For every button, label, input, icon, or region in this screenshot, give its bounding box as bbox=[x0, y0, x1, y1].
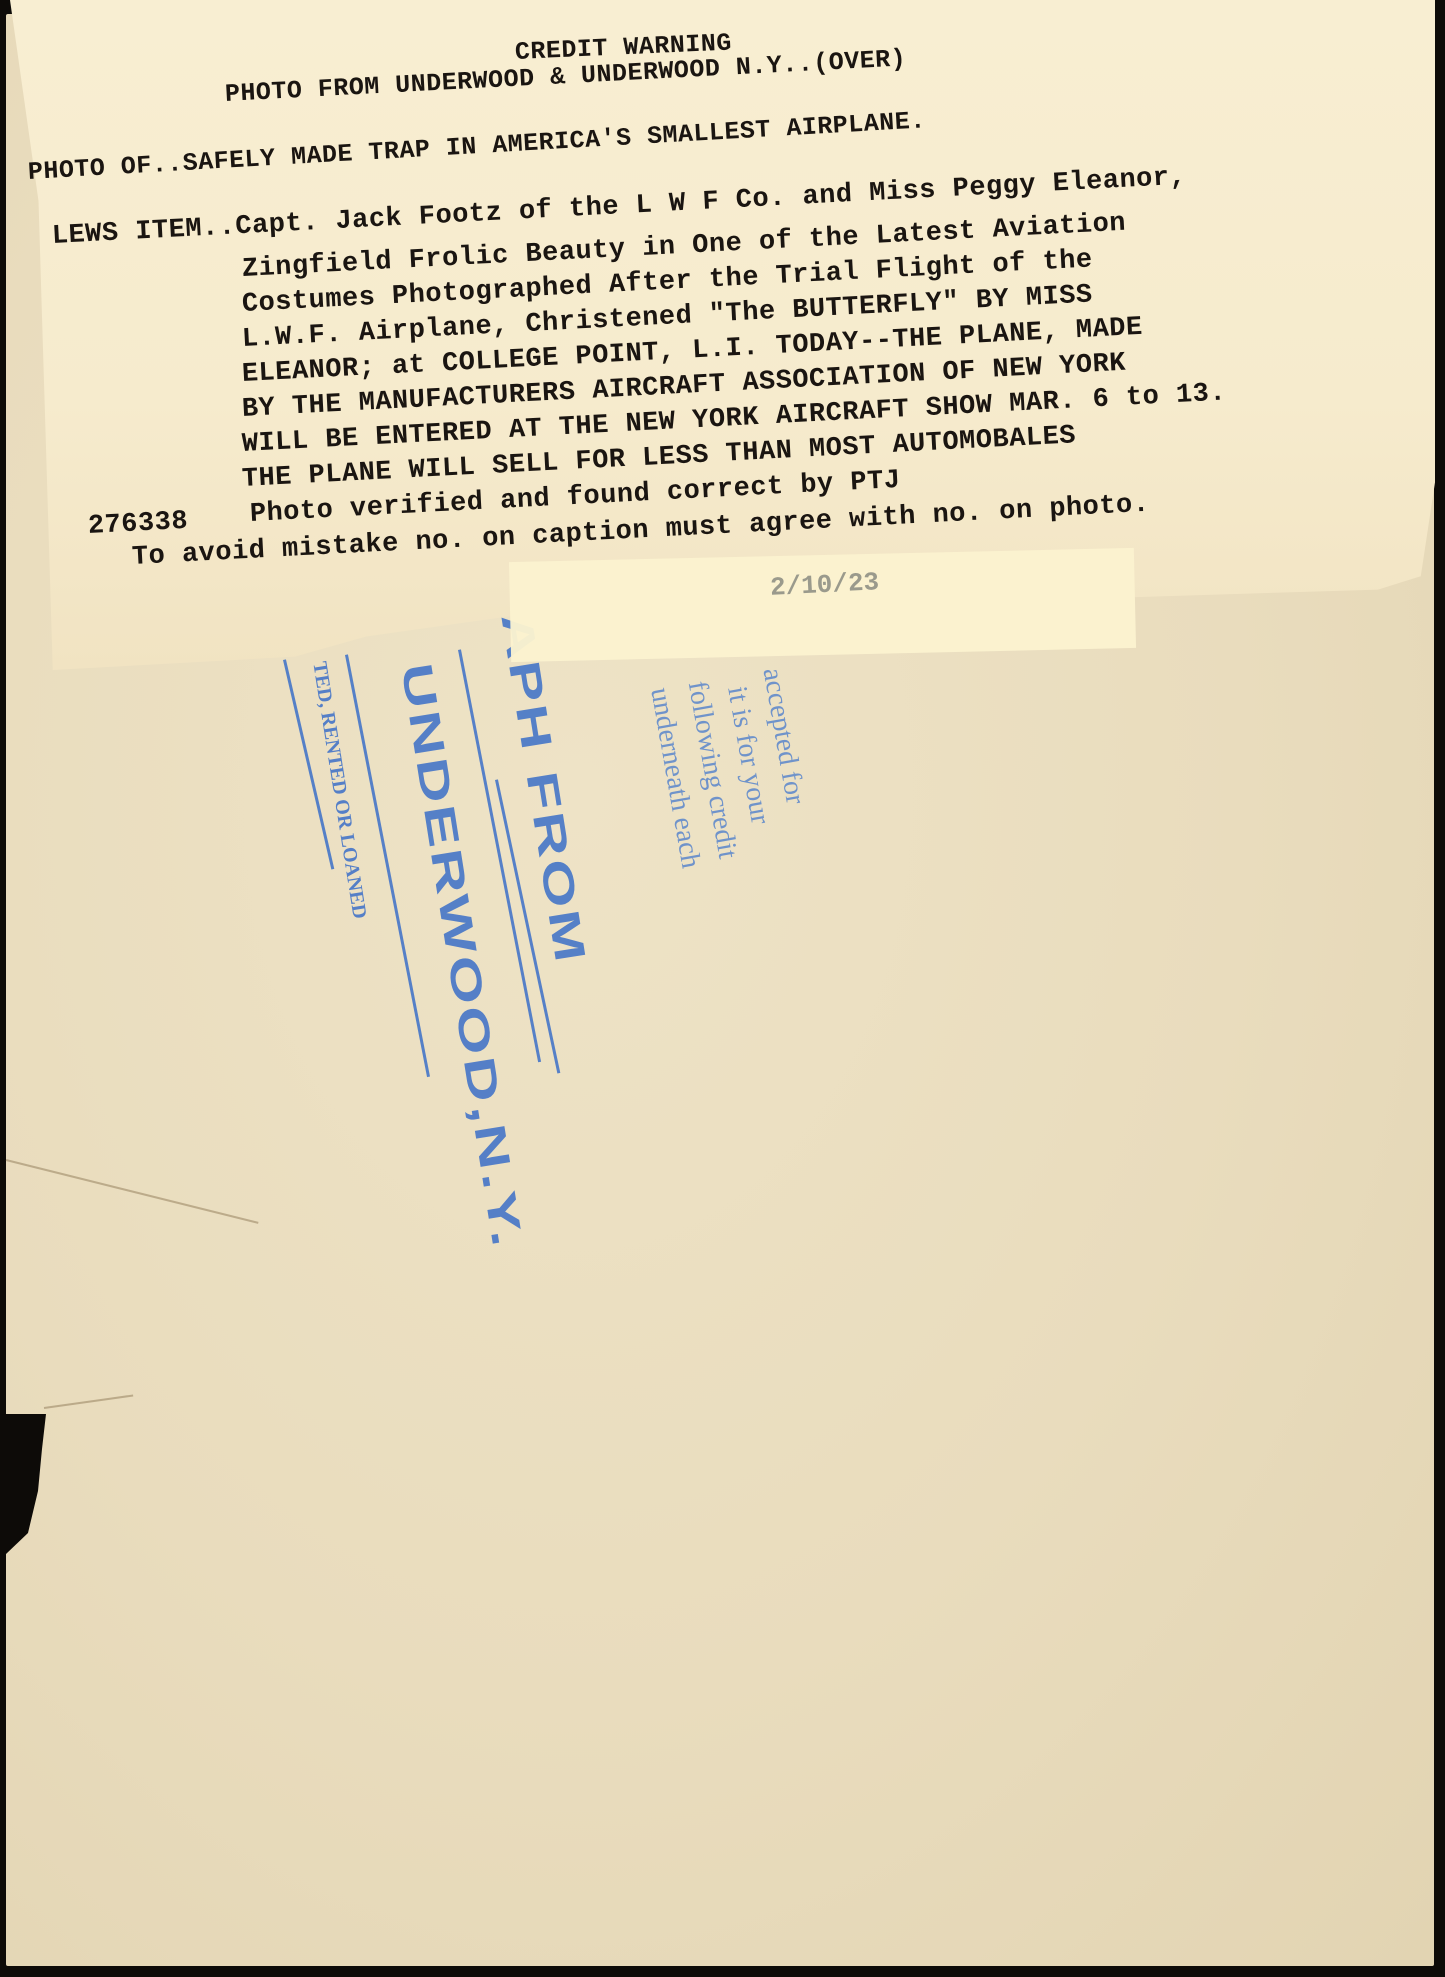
date-stamp: 2/10/23 bbox=[769, 567, 880, 603]
photo-number: 276338 bbox=[87, 507, 189, 542]
stamp-credit-notice: accepted for it is for your following cr… bbox=[640, 665, 821, 871]
torn-corner bbox=[6, 1414, 46, 1554]
date-slip bbox=[509, 548, 1136, 662]
paper-crack bbox=[6, 1159, 259, 1224]
paper-crack bbox=[44, 1394, 133, 1409]
